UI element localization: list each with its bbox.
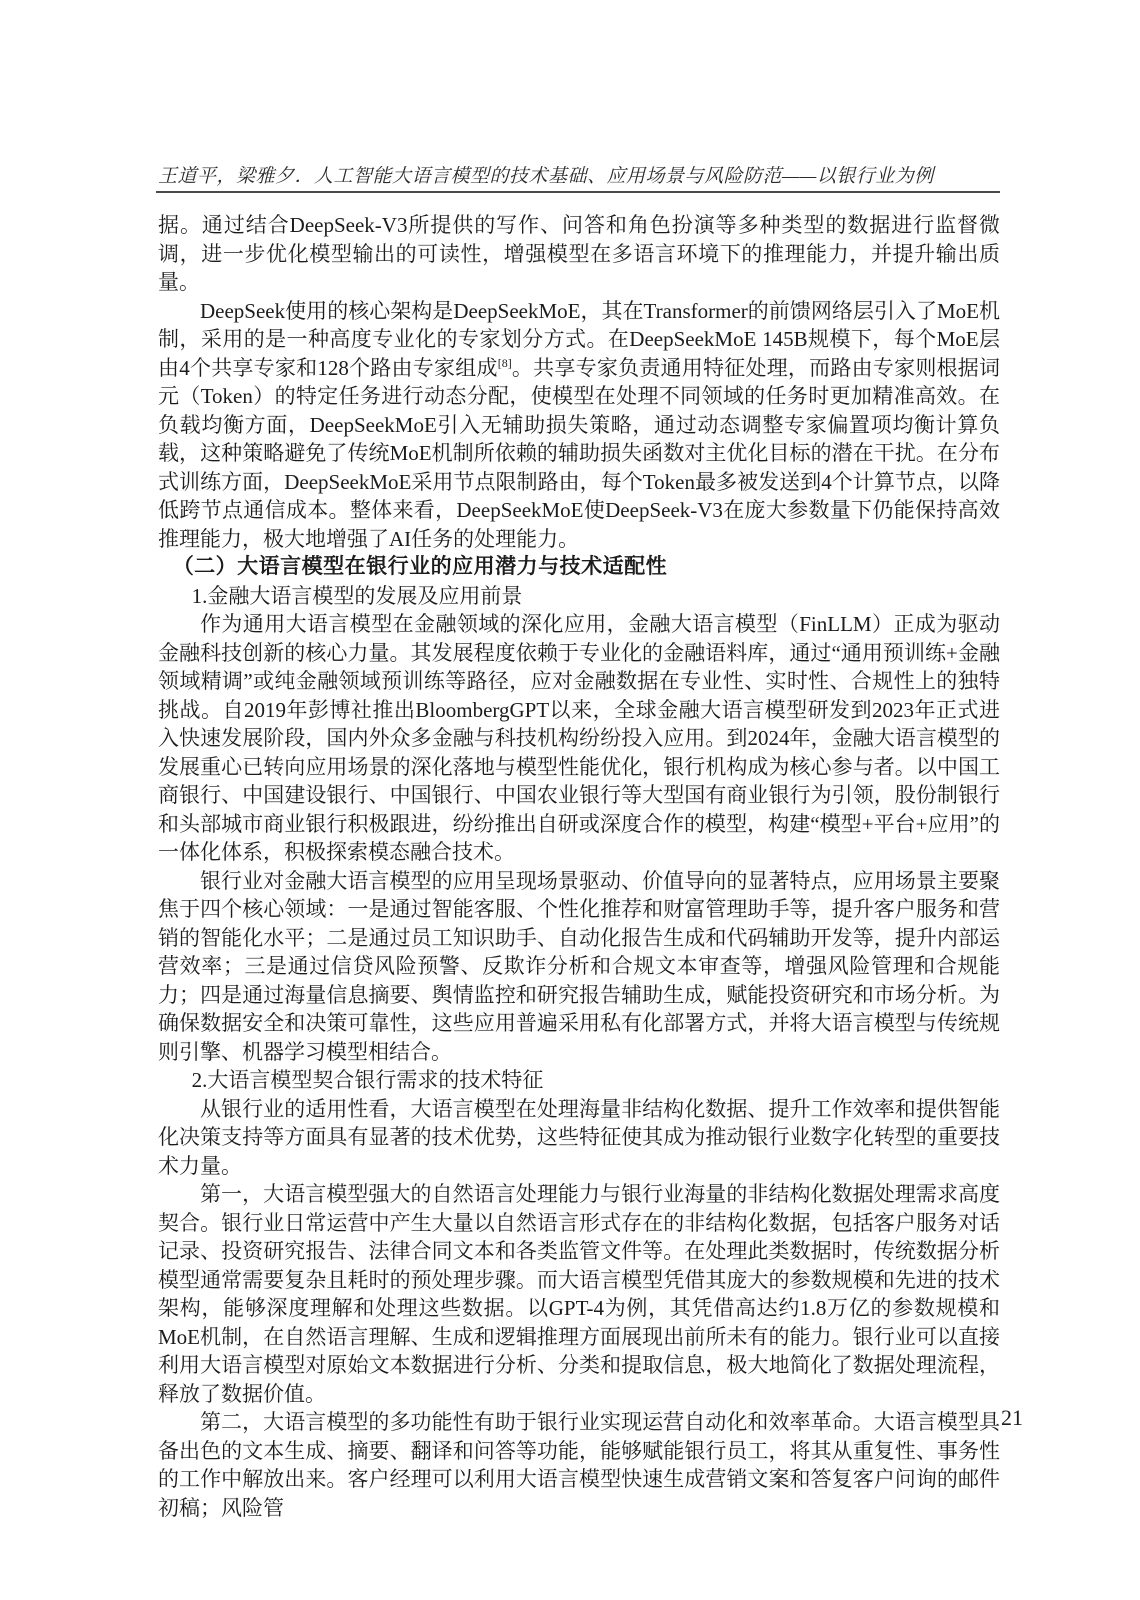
section-heading-2: （二）大语言模型在银行业的应用潜力与技术适配性 <box>158 553 1000 582</box>
paper-page: 王道平，梁雅夕．人工智能大语言模型的技术基础、应用场景与风险防范——以银行业为例… <box>0 0 1140 1600</box>
paragraph-second-point: 第二，大语言模型的多功能性有助于银行业实现运营自动化和效率革命。大语言模型具备出… <box>158 1408 1000 1522</box>
subsection-heading-2: 2.大语言模型契合银行需求的技术特征 <box>158 1066 1000 1095</box>
page-number: 21 <box>1001 1405 1023 1431</box>
paragraph-text-after-ref: 。共享专家负责通用特征处理，而路由专家则根据词元（Token）的特定任务进行动态… <box>158 356 1000 551</box>
paragraph-deepseek-moe: DeepSeek使用的核心架构是DeepSeekMoE，其在Transforme… <box>158 297 1000 554</box>
header-rule <box>156 191 1000 193</box>
paragraph-first-point: 第一，大语言模型强大的自然语言处理能力与银行业海量的非结构化数据处理需求高度契合… <box>158 1180 1000 1408</box>
citation-ref-8: [8] <box>498 356 512 370</box>
paragraph-application-scenarios: 银行业对金融大语言模型的应用呈现场景驱动、价值导向的显著特点，应用场景主要聚焦于… <box>158 867 1000 1067</box>
paragraph-finllm-development: 作为通用大语言模型在金融领域的深化应用，金融大语言模型（FinLLM）正成为驱动… <box>158 610 1000 867</box>
article-body: 据。通过结合DeepSeek-V3所提供的写作、问答和角色扮演等多种类型的数据进… <box>158 211 1000 1522</box>
paragraph-technical-intro: 从银行业的适用性看，大语言模型在处理海量非结构化数据、提升工作效率和提供智能化决… <box>158 1095 1000 1181</box>
subsection-heading-1: 1.金融大语言模型的发展及应用前景 <box>158 582 1000 611</box>
paragraph-continuation: 据。通过结合DeepSeek-V3所提供的写作、问答和角色扮演等多种类型的数据进… <box>158 211 1000 297</box>
running-head: 王道平，梁雅夕．人工智能大语言模型的技术基础、应用场景与风险防范——以银行业为例 <box>158 161 1000 188</box>
